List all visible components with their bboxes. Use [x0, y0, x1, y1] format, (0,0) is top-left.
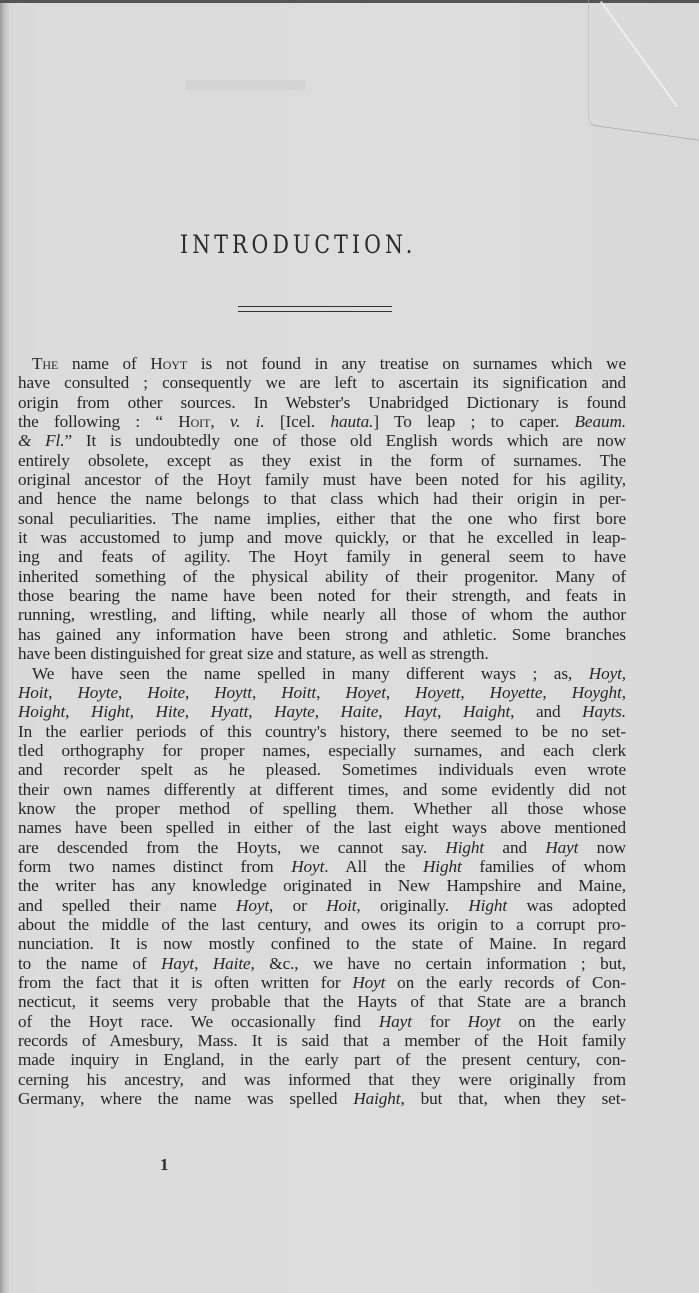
text-line: The name of Hoyt is not found in any tre…	[18, 354, 626, 373]
text-line: inherited something of the physical abil…	[18, 567, 626, 586]
text-line: made inquiry in England, in the early pa…	[18, 1050, 626, 1069]
text-line: their own names differently at different…	[18, 780, 626, 799]
text-line: to the name of Hayt, Haite, &c., we have…	[18, 954, 626, 973]
text-line: and spelled their name Hoyt, or Hoit, or…	[18, 896, 626, 915]
text-line: has gained any information have been str…	[18, 625, 626, 644]
text-line: cerning his ancestry, and was informed t…	[18, 1070, 626, 1089]
text-line: Hoight, Hight, Hite, Hyatt, Hayte, Haite…	[18, 702, 626, 721]
body-text: The name of Hoyt is not found in any tre…	[18, 354, 626, 1108]
text-line: it was accustomed to jump and move quick…	[18, 528, 626, 547]
paragraph: The name of Hoyt is not found in any tre…	[18, 354, 626, 664]
text-line: those bearing the name have been noted f…	[18, 586, 626, 605]
text-line: sonal peculiarities. The name implies, e…	[18, 509, 626, 528]
text-line: names have been spelled in either of the…	[18, 818, 626, 837]
text-line: of the Hoyt race. We occasionally find H…	[18, 1012, 626, 1031]
text-line: In the earlier periods of this country's…	[18, 722, 626, 741]
text-line: know the proper method of spelling them.…	[18, 799, 626, 818]
text-line: ing and feats of agility. The Hoyt famil…	[18, 547, 626, 566]
text-line: the writer has any knowledge originated …	[18, 876, 626, 895]
text-line: Germany, where the name was spelled Haig…	[18, 1089, 626, 1108]
chapter-title: INTRODUCTION.	[180, 230, 416, 259]
text-line: about the middle of the last century, an…	[18, 915, 626, 934]
double-rule-divider	[238, 306, 392, 312]
text-line: and hence the name belongs to that class…	[18, 489, 626, 508]
text-line: necticut, it seems very probable that th…	[18, 992, 626, 1011]
text-line: records of Amesbury, Mass. It is said th…	[18, 1031, 626, 1050]
text-line: Hoit, Hoyte, Hoite, Hoytt, Hoitt, Hoyet,…	[18, 683, 626, 702]
paragraph: We have seen the name spelled in many di…	[18, 664, 626, 1109]
text-line: are descended from the Hoyts, we cannot …	[18, 838, 626, 857]
text-line: have been distinguished for great size a…	[18, 644, 626, 663]
text-line: the following : “ Hoit, v. i. [Icel. hau…	[18, 412, 626, 431]
text-line: form two names distinct from Hoyt. All t…	[18, 857, 626, 876]
text-line: tled orthography for proper names, espec…	[18, 741, 626, 760]
page-fold-mark	[588, 0, 699, 141]
text-line: We have seen the name spelled in many di…	[18, 664, 626, 683]
text-line: nunciation. It is now mostly confined to…	[18, 934, 626, 953]
text-line: and recorder spelt as he pleased. Someti…	[18, 760, 626, 779]
text-line: from the fact that it is often written f…	[18, 973, 626, 992]
page-number: 1	[160, 1155, 169, 1175]
bleed-through-text	[185, 80, 305, 90]
text-line: & Fl.” It is undoubtedly one of those ol…	[18, 431, 626, 450]
text-line: origin from other sources. In Webster's …	[18, 393, 626, 412]
text-line: have consulted ; consequently we are lef…	[18, 373, 626, 392]
text-line: entirely obsolete, except as they exist …	[18, 451, 626, 470]
text-line: running, wrestling, and lifting, while n…	[18, 605, 626, 624]
book-page: INTRODUCTION. The name of Hoyt is not fo…	[0, 0, 699, 1293]
text-line: original ancestor of the Hoyt family mus…	[18, 470, 626, 489]
